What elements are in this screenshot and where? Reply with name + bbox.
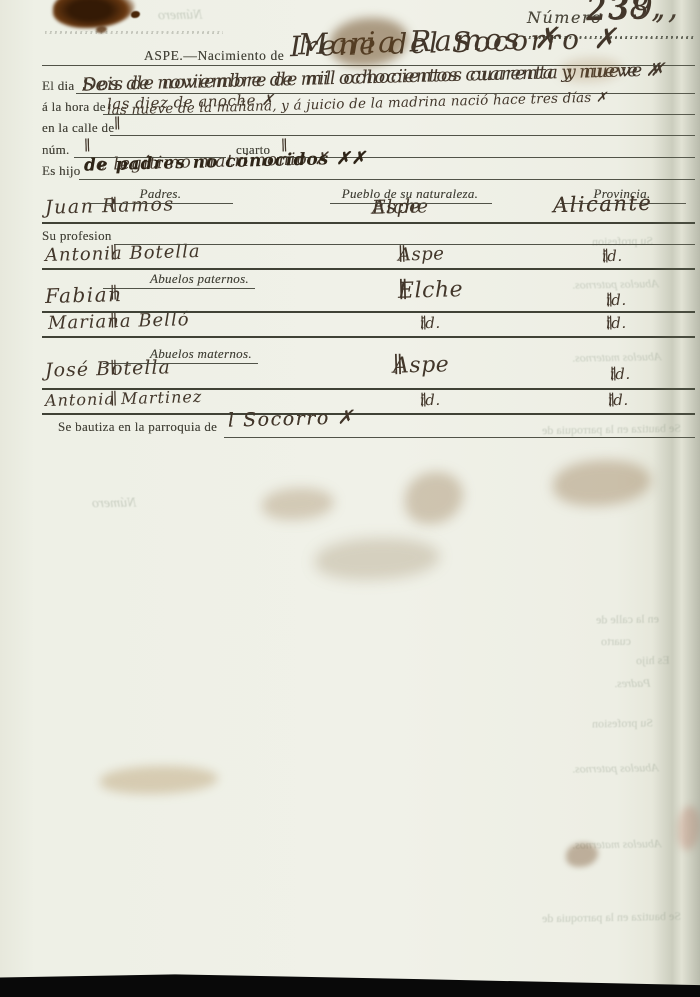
number-label: núm. — [42, 142, 70, 158]
grandfather-town: ∥ — [398, 278, 409, 303]
baptism-parish-value: l Socorro ✗ — [228, 406, 355, 431]
smudge-stain — [100, 766, 218, 794]
grandmother-province: ∥ — [606, 314, 614, 332]
baptism-parish-label: Se bautiza en la parroquia de — [58, 419, 217, 435]
field-rule — [110, 135, 695, 136]
row-rule — [42, 388, 695, 390]
grandfather-name: ∥ — [110, 358, 119, 377]
child-of-value: de padres no conocidos ✗✗ — [84, 148, 367, 175]
hour-label: á la hora de — [42, 99, 106, 115]
profession-label: Su profesion — [42, 228, 112, 244]
bleedthrough-text: en la calle de — [596, 611, 659, 627]
grandfather-town: ∥ — [393, 353, 404, 378]
row-rule — [42, 222, 695, 224]
smudge-stain — [262, 488, 334, 520]
number-value: ∥ — [84, 138, 91, 154]
field-rule — [224, 437, 695, 438]
grandmother-name: ∥ — [110, 311, 119, 330]
header-rule — [103, 363, 258, 364]
grandfather-province: ∥ — [606, 291, 614, 309]
row-rule — [42, 311, 695, 313]
grandfather-name: ∥ — [110, 283, 119, 302]
maternal-grandparents-label: Abuelos maternos. — [150, 346, 252, 362]
mother-province: ∥ — [602, 247, 610, 265]
bleedthrough-text: Padres. — [614, 676, 651, 692]
bleedthrough-text: Número — [92, 496, 137, 513]
day-label: El dia — [42, 78, 75, 94]
child-of-label: Es hijo — [42, 163, 81, 179]
smudge-stain — [405, 472, 463, 524]
paternal-grandparents-label: Abuelos paternos. — [150, 271, 249, 287]
bleedthrough-text: Abuelos paternos. — [572, 760, 659, 777]
street-label: en la calle de — [42, 120, 114, 136]
grandmother-town: ∥ — [420, 391, 428, 409]
father-province: Alicante — [553, 191, 653, 218]
grandmother-province: ∥ — [608, 391, 616, 409]
field-rule — [79, 179, 695, 180]
grandmother-town: ∥ — [420, 314, 428, 332]
scanner-background — [0, 970, 700, 997]
form-title-label: ASPE.—Nacimiento de — [144, 48, 284, 64]
mother-town: ∥ — [398, 244, 407, 265]
page-edge-shadow — [652, 0, 700, 997]
scanned-register-page: Número Su profesion Abuelos paternos. Ab… — [0, 0, 700, 997]
street-value: ∥ — [114, 116, 121, 132]
grandmother-name: ∥ — [110, 389, 119, 408]
row-rule — [42, 413, 695, 415]
father-town: Aspe — [372, 195, 421, 218]
smudge-stain — [566, 843, 598, 867]
grandfather-province: ∥ — [610, 365, 618, 383]
row-rule — [42, 336, 695, 338]
header-rule — [103, 288, 255, 289]
field-rule — [103, 114, 695, 115]
bleedthrough-text: cuarto — [601, 634, 631, 650]
smudge-stain — [315, 538, 440, 580]
mother-name: ∥ — [110, 243, 119, 262]
smudge-stain — [553, 460, 651, 506]
row-rule — [42, 268, 695, 270]
father-name: ∥ — [110, 195, 119, 214]
bleedthrough-text: Su profesion — [592, 715, 653, 731]
